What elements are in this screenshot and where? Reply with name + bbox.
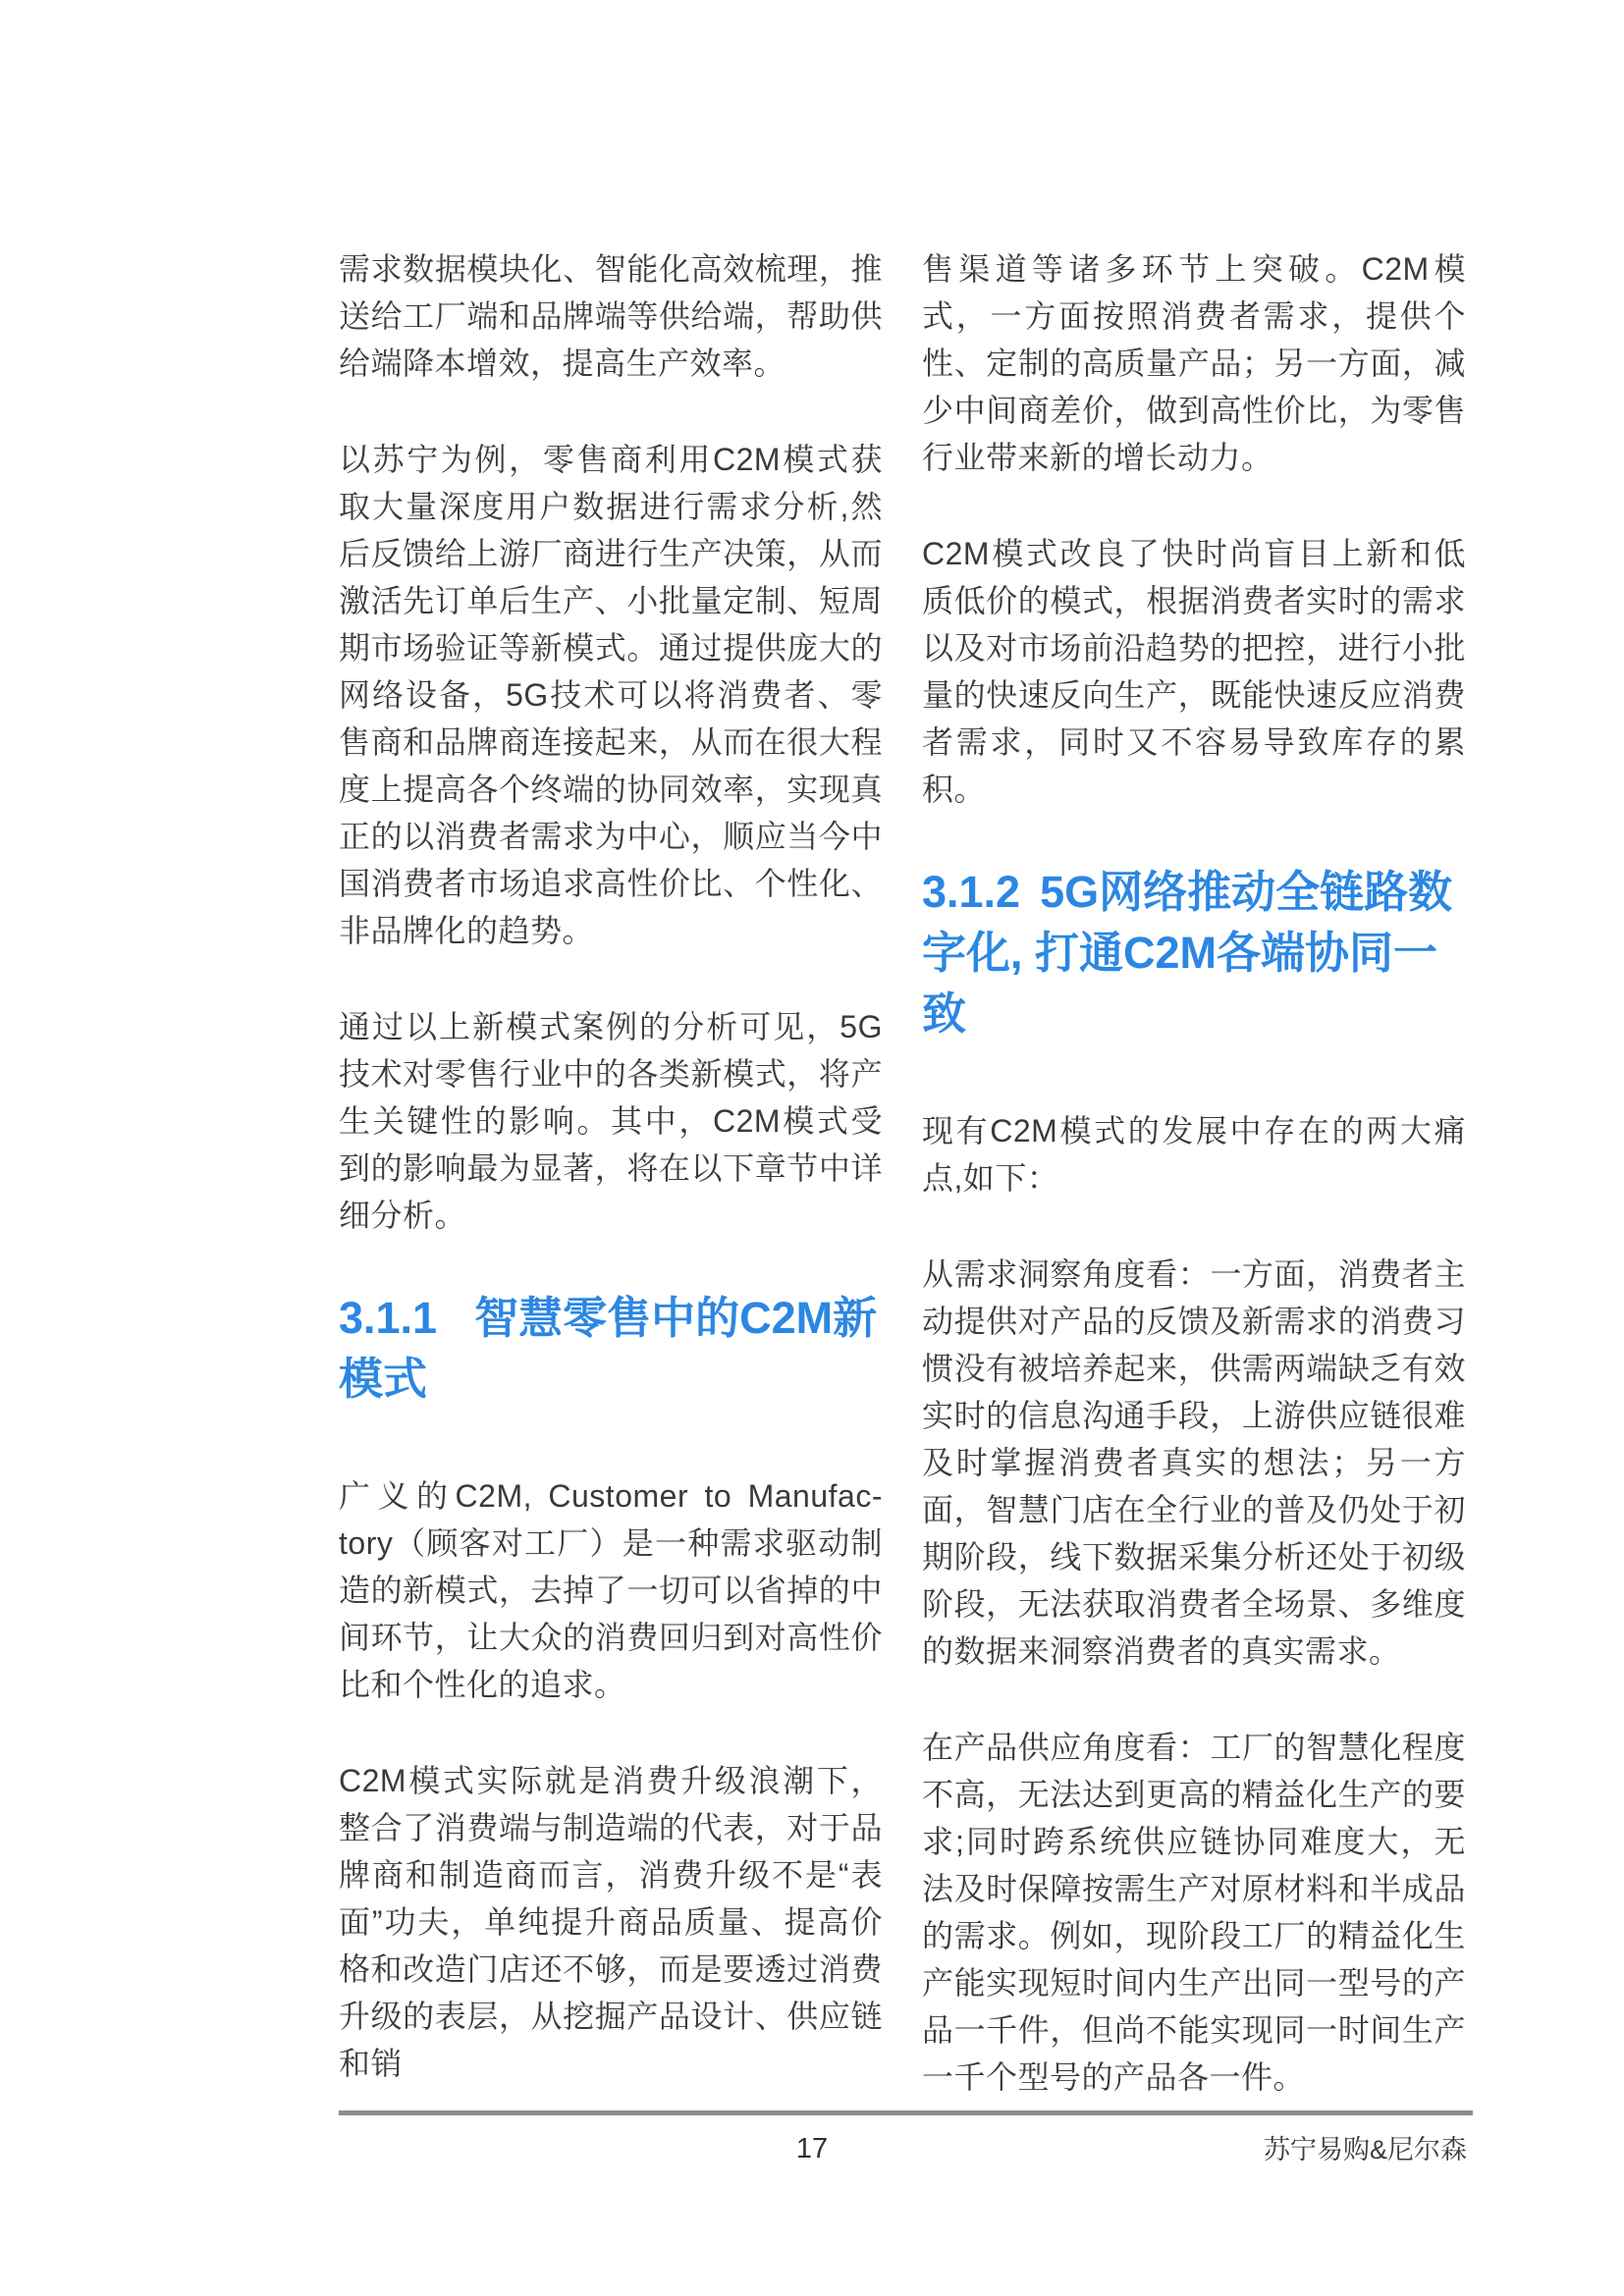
paragraph: C2M模式改良了快时尚盲目上新和低质低价的模式，根据消费者实时的需求以及对市场前… xyxy=(922,530,1466,813)
section-heading-3-1-2: 3.1.25G网络推动全链路数字化, 打通C2M各端协同一致 xyxy=(922,862,1466,1044)
report-page: 需求数据模块化、智能化高效梳理，推送给工厂端和品牌端等供给端，帮助供给端降本增效… xyxy=(0,0,1624,2296)
section-heading-3-1-1: 3.1.1智慧零售中的C2M新模式 xyxy=(339,1288,883,1410)
paragraph: 现有C2M模式的发展中存在的两大痛点,如下： xyxy=(922,1107,1466,1201)
paragraph: 从需求洞察角度看：一方面，消费者主动提供对产品的反馈及新需求的消费习惯没有被培养… xyxy=(922,1251,1466,1675)
paragraph: 售渠道等诸多环节上突破。C2M模式，一方面按照消费者需求，提供个性、定制的高质量… xyxy=(922,245,1466,481)
paragraph: 以苏宁为例，零售商利用C2M模式获取大量深度用户数据进行需求分析,然后反馈给上游… xyxy=(339,436,883,954)
paragraph: 广义的C2M, Customer to Manufac-tory（顾客对工厂）是… xyxy=(339,1472,883,1708)
paragraph: 在产品供应角度看：工厂的智慧化程度不高，无法达到更高的精益化生产的要求;同时跨系… xyxy=(922,1724,1466,2101)
section-number: 3.1.1 xyxy=(339,1288,437,1349)
left-column: 需求数据模块化、智能化高效梳理，推送给工厂端和品牌端等供给端，帮助供给端降本增效… xyxy=(339,245,883,2150)
paragraph: C2M模式实际就是消费升级浪潮下，整合了消费端与制造端的代表，对于品牌商和制造商… xyxy=(339,1757,883,2087)
paragraph: 通过以上新模式案例的分析可见，5G技术对零售行业中的各类新模式，将产生关键性的影… xyxy=(339,1003,883,1239)
right-column: 售渠道等诸多环节上突破。C2M模式，一方面按照消费者需求，提供个性、定制的高质量… xyxy=(922,245,1466,2150)
paragraph: 需求数据模块化、智能化高效梳理，推送给工厂端和品牌端等供给端，帮助供给端降本增效… xyxy=(339,245,883,387)
section-number: 3.1.2 xyxy=(922,862,1020,923)
footer-brand: 苏宁易购&尼尔森 xyxy=(1264,2134,1467,2165)
footer-divider xyxy=(339,2110,1473,2115)
page-content: 需求数据模块化、智能化高效梳理，推送给工厂端和品牌端等供给端，帮助供给端降本增效… xyxy=(339,245,1466,2150)
